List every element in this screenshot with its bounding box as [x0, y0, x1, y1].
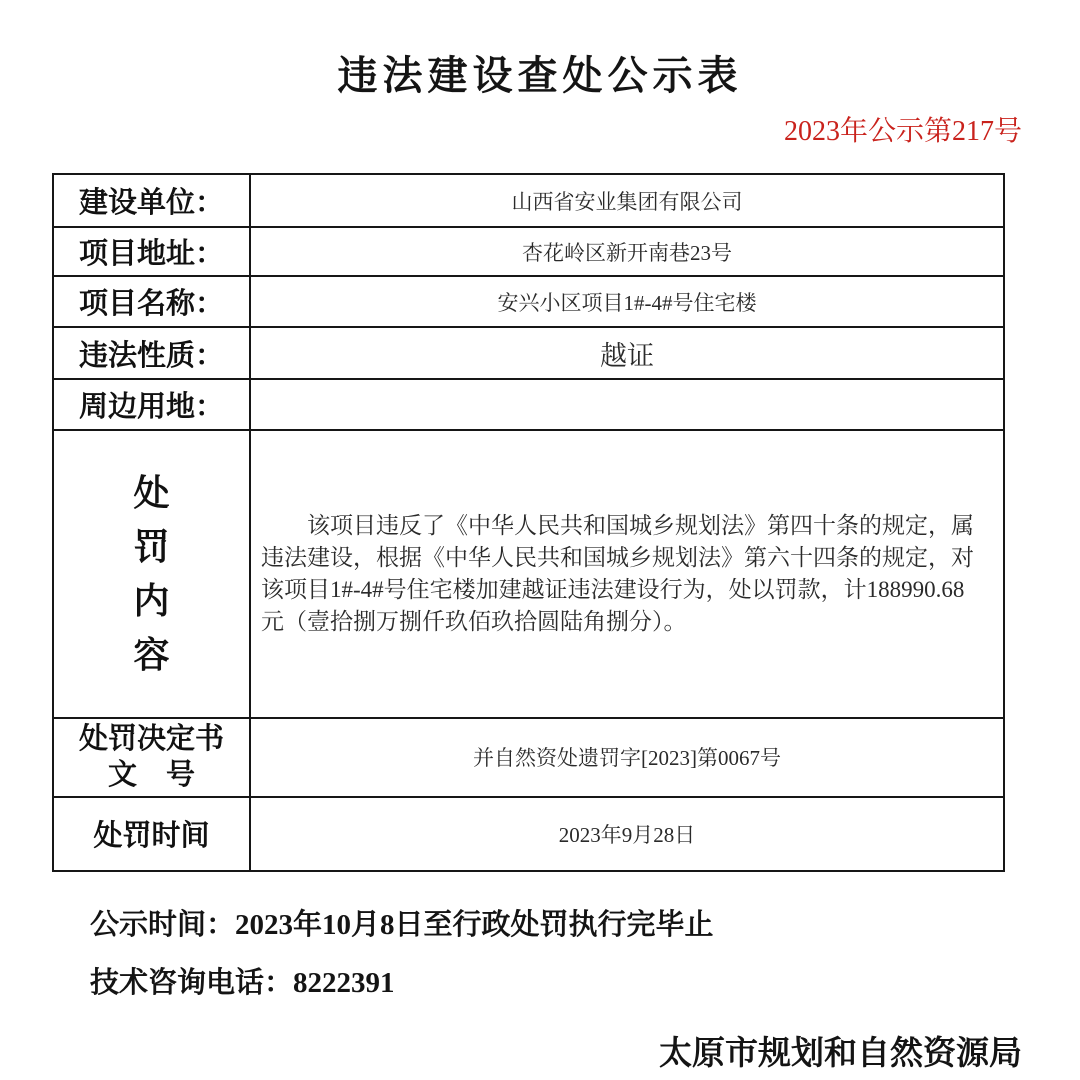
penalty-content-text: 该项目违反了《中华人民共和国城乡规划法》第四十条的规定，属违法建设，根据《中华人…: [255, 510, 999, 639]
table-row-project-name: 项目名称： 安兴小区项目1#-4#号住宅楼: [53, 276, 1004, 327]
table-row-project-address: 项目地址： 杏花岭区新开南巷23号: [53, 227, 1004, 276]
row-label-surrounding-land: 周边用地：: [53, 379, 250, 430]
publicity-time-text: 公示时间：2023年10月8日至行政处罚执行完毕止: [90, 902, 1080, 943]
notice-table: 建设单位： 山西省安业集团有限公司 项目地址： 杏花岭区新开南巷23号 项目名称…: [52, 173, 1005, 872]
table-row-decision-doc-number: 处罚决定书 文 号 并自然资处遗罚字[2023]第0067号: [53, 718, 1004, 797]
technical-phone-text: 技术咨询电话：8222391: [90, 960, 1080, 1001]
row-label-violation-nature: 违法性质：: [53, 327, 250, 379]
row-value-construction-unit: 山西省安业集团有限公司: [250, 174, 1004, 227]
decision-doc-label-line2: 文 号: [58, 757, 245, 793]
penalty-content-vertical-label: 处罚内容: [132, 466, 172, 682]
row-label-penalty-content: 处罚内容: [53, 430, 250, 718]
page-title: 违法建设查处公示表: [0, 0, 1080, 101]
issuing-agency-name: 太原市规划和自然资源局: [0, 1027, 1080, 1074]
decision-doc-label-line1: 处罚决定书: [58, 721, 245, 757]
row-value-penalty-date: 2023年9月28日: [250, 797, 1004, 871]
notice-number: 2023年公示第217号: [0, 109, 1080, 149]
table-row-penalty-date: 处罚时间 2023年9月28日: [53, 797, 1004, 871]
row-label-penalty-date: 处罚时间: [53, 797, 250, 871]
table-row-surrounding-land: 周边用地：: [53, 379, 1004, 430]
violation-notice-document: 违法建设查处公示表 2023年公示第217号 建设单位： 山西省安业集团有限公司…: [0, 0, 1080, 1080]
row-value-project-name: 安兴小区项目1#-4#号住宅楼: [250, 276, 1004, 327]
row-value-surrounding-land: [250, 379, 1004, 430]
table-row-penalty-content: 处罚内容 该项目违反了《中华人民共和国城乡规划法》第四十条的规定，属违法建设，根…: [53, 430, 1004, 718]
table-row-construction-unit: 建设单位： 山西省安业集团有限公司: [53, 174, 1004, 227]
row-label-project-address: 项目地址：: [53, 227, 250, 276]
row-label-decision-doc-number: 处罚决定书 文 号: [53, 718, 250, 797]
row-label-project-name: 项目名称：: [53, 276, 250, 327]
row-value-penalty-content: 该项目违反了《中华人民共和国城乡规划法》第四十条的规定，属违法建设，根据《中华人…: [250, 430, 1004, 718]
row-value-violation-nature: 越证: [250, 327, 1004, 379]
row-value-project-address: 杏花岭区新开南巷23号: [250, 227, 1004, 276]
row-value-decision-doc-number: 并自然资处遗罚字[2023]第0067号: [250, 718, 1004, 797]
row-label-construction-unit: 建设单位：: [53, 174, 250, 227]
table-row-violation-nature: 违法性质： 越证: [53, 327, 1004, 379]
